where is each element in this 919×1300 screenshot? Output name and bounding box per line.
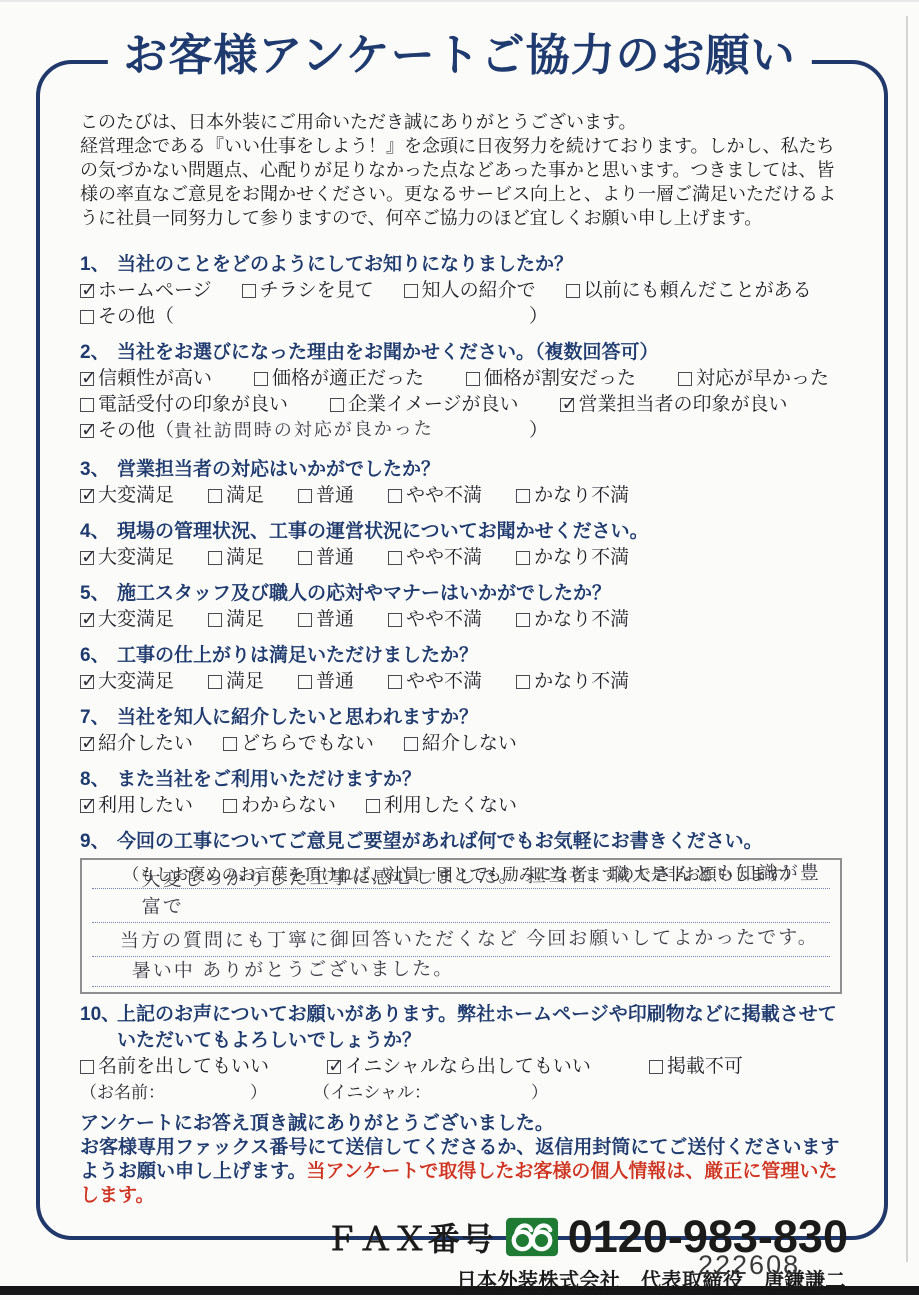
write-in-blank: 貴社訪問時の対応が良かった bbox=[174, 418, 529, 445]
paren-open: （ bbox=[155, 304, 174, 330]
checkbox-icon bbox=[366, 799, 380, 813]
checkbox-option: ホームページ bbox=[80, 278, 212, 304]
option-label: 大変満足 bbox=[98, 483, 174, 509]
checkbox-icon bbox=[516, 675, 530, 689]
intro-body: 経営理念である『いい仕事をしよう！』を念頭に日夜努力を続けております。しかし、私… bbox=[80, 136, 836, 228]
checkbox-icon bbox=[298, 675, 312, 689]
checkbox-option: かなり不満 bbox=[516, 545, 629, 571]
question-10: 10、上記のお声についてお願いがあります。弊社ホームページや印刷物などに掲載させ… bbox=[80, 1002, 850, 1106]
checkbox-icon bbox=[404, 737, 418, 751]
handwritten-text: 大変しっかりした工事に感心しました。 担当者、職人さんとも知識が豊富で bbox=[141, 858, 830, 922]
checkbox-icon bbox=[208, 551, 222, 565]
checkbox-icon bbox=[223, 737, 237, 751]
question-9: 9、今回の工事についてご意見ご要望があれば何でもお気軽にお書きください。 （もし… bbox=[80, 829, 850, 994]
question-heading: 6、工事の仕上がりは満足いただけましたか？ bbox=[80, 643, 850, 669]
option-label: 大変満足 bbox=[98, 607, 174, 633]
checkbox-option: 普通 bbox=[298, 545, 354, 571]
checkbox-icon bbox=[80, 310, 94, 324]
options-row: 大変満足 満足 普通 やや不満 かなり不満 bbox=[80, 483, 850, 509]
question-1: 1、当社のことをどのようにしてお知りになりましたか？ ホームページ チラシを見て… bbox=[80, 252, 850, 330]
option-label: チラシを見て bbox=[260, 278, 374, 304]
option-label: やや不満 bbox=[406, 607, 482, 633]
question-heading: 2、当社をお選びになった理由をお聞かせください。（複数回答可） bbox=[80, 340, 850, 366]
checkbox-option: 利用したくない bbox=[366, 793, 517, 819]
paren-close: ） bbox=[529, 304, 548, 330]
option-label: 紹介しない bbox=[422, 731, 517, 757]
checkbox-option: 大変満足 bbox=[80, 483, 174, 509]
checkbox-option: 利用したい bbox=[80, 793, 193, 819]
name-label: （お名前： bbox=[80, 1080, 165, 1106]
question-number: 5、 bbox=[80, 581, 117, 607]
options-row: 信頼性が高い 価格が適正だった 価格が割安だった 対応が早かった bbox=[80, 366, 850, 392]
checkbox-option: やや不満 bbox=[388, 669, 482, 695]
option-label: かなり不満 bbox=[534, 483, 629, 509]
checkbox-icon bbox=[388, 675, 402, 689]
option-label: 以前にも頼んだことがある bbox=[584, 278, 812, 304]
option-label: どちらでもない bbox=[241, 731, 374, 757]
checkbox-icon bbox=[208, 675, 222, 689]
send-instructions: お客様専用ファックス番号にて送信してくださるか、返信用封筒にてご送付くださいます… bbox=[80, 1136, 850, 1208]
question-text: 現場の管理状況、工事の運営状況についてお聞かせください。 bbox=[117, 519, 850, 545]
checkbox-icon bbox=[388, 613, 402, 627]
option-label: 対応が早かった bbox=[696, 366, 829, 392]
option-label: 満足 bbox=[226, 545, 264, 571]
option-label: 価格が適正だった bbox=[272, 366, 424, 392]
question-7: 7、当社を知人に紹介したいと思われますか？ 紹介したい どちらでもない 紹介しな… bbox=[80, 705, 850, 757]
checkbox-icon bbox=[404, 284, 418, 298]
scanned-survey-page: お客様アンケートご協力のお願い このたびは、日本外装にご用命いただき誠にありがと… bbox=[0, 0, 919, 1300]
options-row: 大変満足 満足 普通 やや不満 かなり不満 bbox=[80, 607, 850, 633]
checkbox-icon bbox=[388, 489, 402, 503]
option-label: 普通 bbox=[316, 483, 354, 509]
option-label: 紹介したい bbox=[98, 731, 193, 757]
write-in-blank bbox=[165, 1080, 250, 1106]
question-2: 2、当社をお選びになった理由をお聞かせください。（複数回答可） 信頼性が高い 価… bbox=[80, 340, 850, 444]
question-number: 4、 bbox=[80, 519, 117, 545]
question-text: 工事の仕上がりは満足いただけましたか？ bbox=[117, 643, 850, 669]
checkbox-option: 普通 bbox=[298, 483, 354, 509]
question-number: 9、 bbox=[80, 829, 117, 855]
checkbox-icon bbox=[516, 613, 530, 627]
checkbox-icon bbox=[80, 613, 94, 627]
checkbox-option: やや不満 bbox=[388, 607, 482, 633]
question-number: 10、 bbox=[80, 1002, 117, 1054]
option-label: 掲載不可 bbox=[667, 1054, 743, 1080]
checkbox-icon bbox=[330, 398, 344, 412]
checkbox-option: 満足 bbox=[208, 669, 264, 695]
paren-close: ） bbox=[529, 418, 548, 444]
document-number: 222608 bbox=[698, 1250, 800, 1281]
handwritten-text: 貴社訪問時の対応が良かった bbox=[174, 415, 434, 444]
other-row: その他（ ） bbox=[80, 304, 850, 330]
option-label: やや不満 bbox=[406, 669, 482, 695]
checkbox-icon bbox=[678, 372, 692, 386]
checkbox-option: イニシャルなら出してもいい bbox=[327, 1054, 591, 1080]
initial-label: （イニシャル： bbox=[313, 1080, 431, 1106]
option-label: その他 bbox=[98, 304, 155, 330]
question-number: 1、 bbox=[80, 252, 117, 278]
checkbox-icon bbox=[80, 489, 94, 503]
other-row: その他（ 貴社訪問時の対応が良かった ） bbox=[80, 418, 850, 444]
checkbox-icon bbox=[80, 424, 94, 438]
question-text: 当社のことをどのようにしてお知りになりましたか？ bbox=[117, 252, 850, 278]
checkbox-icon bbox=[560, 398, 574, 412]
option-label: 名前を出してもいい bbox=[98, 1054, 269, 1080]
checkbox-option: 満足 bbox=[208, 607, 264, 633]
checkbox-icon bbox=[566, 284, 580, 298]
checkbox-option: やや不満 bbox=[388, 483, 482, 509]
checkbox-option: 知人の紹介で bbox=[404, 278, 536, 304]
question-heading: 1、当社のことをどのようにしてお知りになりましたか？ bbox=[80, 252, 850, 278]
option-label: 普通 bbox=[316, 669, 354, 695]
option-label: 利用したい bbox=[98, 793, 193, 819]
options-row: 紹介したい どちらでもない 紹介しない bbox=[80, 731, 850, 757]
checkbox-option: 掲載不可 bbox=[649, 1054, 743, 1080]
question-number: 6、 bbox=[80, 643, 117, 669]
option-label: 普通 bbox=[316, 607, 354, 633]
checkbox-option-other: その他（ bbox=[80, 418, 174, 444]
write-in-blank bbox=[431, 1080, 531, 1106]
question-3: 3、営業担当者の対応はいかがでしたか？ 大変満足 満足 普通 やや不満 かなり不… bbox=[80, 457, 850, 509]
checkbox-icon bbox=[516, 489, 530, 503]
checkbox-icon bbox=[80, 799, 94, 813]
comment-box: （もしお褒めのお言葉を頂ければ、社員一同とても励みになりますので是非お願いします… bbox=[80, 858, 842, 994]
option-label: 価格が割安だった bbox=[484, 366, 636, 392]
checkbox-option: 価格が割安だった bbox=[466, 366, 636, 392]
question-5: 5、施工スタッフ及び職人の応対やマナーはいかがでしたか？ 大変満足 満足 普通 … bbox=[80, 581, 850, 633]
comment-line: 暑い中 ありがとうございました。 bbox=[92, 957, 830, 987]
checkbox-icon bbox=[298, 551, 312, 565]
checkbox-option: 満足 bbox=[208, 483, 264, 509]
checkbox-icon bbox=[80, 1060, 94, 1074]
checkbox-option: チラシを見て bbox=[242, 278, 374, 304]
option-label: 知人の紹介で bbox=[422, 278, 536, 304]
paren-open: （ bbox=[155, 418, 174, 444]
checkbox-option: 大変満足 bbox=[80, 669, 174, 695]
checkbox-icon bbox=[298, 489, 312, 503]
checkbox-option: わからない bbox=[223, 793, 336, 819]
question-number: 3、 bbox=[80, 457, 117, 483]
question-8: 8、また当社をご利用いただけますか？ 利用したい わからない 利用したくない bbox=[80, 767, 850, 819]
handwritten-text: 当方の質問にも丁寧に御回答いただくなど 今回お願いしてよかったです。 bbox=[120, 922, 819, 956]
checkbox-icon bbox=[649, 1060, 663, 1074]
checkbox-option: 以前にも頼んだことがある bbox=[566, 278, 812, 304]
checkbox-icon bbox=[80, 398, 94, 412]
checkbox-icon bbox=[80, 551, 94, 565]
checkbox-icon bbox=[466, 372, 480, 386]
checkbox-icon bbox=[80, 372, 94, 386]
checkbox-option: どちらでもない bbox=[223, 731, 374, 757]
option-label: かなり不満 bbox=[534, 545, 629, 571]
option-label: 信頼性が高い bbox=[98, 366, 212, 392]
question-heading: 8、また当社をご利用いただけますか？ bbox=[80, 767, 850, 793]
intro-line1: このたびは、日本外装にご用命いただき誠にありがとうございます。 bbox=[80, 112, 637, 132]
option-label: 利用したくない bbox=[384, 793, 517, 819]
options-row: ホームページ チラシを見て 知人の紹介で 以前にも頼んだことがある bbox=[80, 278, 850, 304]
checkbox-option-other: その他（ bbox=[80, 304, 174, 330]
page-title: お客様アンケートご協力のお願い bbox=[107, 26, 811, 86]
option-label: 大変満足 bbox=[98, 669, 174, 695]
question-text: 施工スタッフ及び職人の応対やマナーはいかがでしたか？ bbox=[117, 581, 850, 607]
checkbox-option: 企業イメージが良い bbox=[330, 392, 518, 418]
write-in-blank bbox=[174, 304, 529, 330]
paren-close: ） bbox=[531, 1080, 548, 1106]
checkbox-option: 信頼性が高い bbox=[80, 366, 212, 392]
question-text: また当社をご利用いただけますか？ bbox=[117, 767, 850, 793]
options-row: 電話受付の印象が良い 企業イメージが良い 営業担当者の印象が良い bbox=[80, 392, 850, 418]
question-number: 8、 bbox=[80, 767, 117, 793]
option-label: 電話受付の印象が良い bbox=[98, 392, 288, 418]
checkbox-option: 価格が適正だった bbox=[254, 366, 424, 392]
question-heading: 10、上記のお声についてお願いがあります。弊社ホームページや印刷物などに掲載させ… bbox=[80, 1002, 850, 1054]
checkbox-option: やや不満 bbox=[388, 545, 482, 571]
checkbox-icon bbox=[208, 613, 222, 627]
name-initial-row: （お名前：） （イニシャル：） bbox=[80, 1080, 850, 1106]
option-label: その他 bbox=[98, 418, 155, 444]
checkbox-option: かなり不満 bbox=[516, 607, 629, 633]
checkbox-option: 電話受付の印象が良い bbox=[80, 392, 288, 418]
question-heading: 4、現場の管理状況、工事の運営状況についてお聞かせください。 bbox=[80, 519, 850, 545]
question-4: 4、現場の管理状況、工事の運営状況についてお聞かせください。 大変満足 満足 普… bbox=[80, 519, 850, 571]
checkbox-option: 名前を出してもいい bbox=[80, 1054, 269, 1080]
thanks-line: アンケートにお答え頂き誠にありがとうございました。 bbox=[80, 1112, 850, 1136]
option-label: 普通 bbox=[316, 545, 354, 571]
option-label: やや不満 bbox=[406, 545, 482, 571]
checkbox-icon bbox=[388, 551, 402, 565]
checkbox-option: 大変満足 bbox=[80, 607, 174, 633]
checkbox-icon bbox=[516, 551, 530, 565]
question-heading: 9、今回の工事についてご意見ご要望があれば何でもお気軽にお書きください。 bbox=[80, 829, 850, 855]
comment-line: 当方の質問にも丁寧に御回答いただくなど 今回お願いしてよかったです。 bbox=[92, 923, 830, 957]
option-label: 営業担当者の印象が良い bbox=[578, 392, 787, 418]
question-number: 7、 bbox=[80, 705, 117, 731]
checkbox-icon bbox=[80, 737, 94, 751]
option-label: かなり不満 bbox=[534, 669, 629, 695]
question-text: 上記のお声についてお願いがあります。弊社ホームページや印刷物などに掲載させていた… bbox=[117, 1002, 850, 1054]
question-text: 当社を知人に紹介したいと思われますか？ bbox=[117, 705, 850, 731]
option-label: イニシャルなら出してもいい bbox=[345, 1054, 591, 1080]
intro-paragraph: このたびは、日本外装にご用命いただき誠にありがとうございます。経営理念である『い… bbox=[80, 110, 850, 230]
option-label: 満足 bbox=[226, 669, 264, 695]
checkbox-option: 普通 bbox=[298, 607, 354, 633]
form-border-box: このたびは、日本外装にご用命いただき誠にありがとうございます。経営理念である『い… bbox=[36, 60, 888, 1240]
question-heading: 3、営業担当者の対応はいかがでしたか？ bbox=[80, 457, 850, 483]
option-label: 満足 bbox=[226, 483, 264, 509]
checkbox-icon bbox=[223, 799, 237, 813]
scan-edge-right bbox=[906, 16, 908, 1262]
question-text: 当社をお選びになった理由をお聞かせください。（複数回答可） bbox=[117, 340, 850, 366]
checkbox-option: 紹介しない bbox=[404, 731, 517, 757]
fax-label: ＦＡＸ番号 bbox=[326, 1214, 496, 1260]
scan-edge-top bbox=[0, 0, 919, 2]
option-label: ホームページ bbox=[98, 278, 212, 304]
option-label: 大変満足 bbox=[98, 545, 174, 571]
checkbox-icon bbox=[327, 1060, 341, 1074]
handwritten-text: 暑い中 ありがとうございました。 bbox=[132, 954, 454, 986]
checkbox-icon bbox=[298, 613, 312, 627]
freedial-icon bbox=[506, 1216, 558, 1258]
checkbox-option: 満足 bbox=[208, 545, 264, 571]
checkbox-icon bbox=[80, 675, 94, 689]
option-label: 企業イメージが良い bbox=[348, 392, 518, 418]
paren-close: ） bbox=[250, 1080, 267, 1106]
checkbox-icon bbox=[254, 372, 268, 386]
question-heading: 5、施工スタッフ及び職人の応対やマナーはいかがでしたか？ bbox=[80, 581, 850, 607]
comment-line: 大変しっかりした工事に感心しました。 担当者、職人さんとも知識が豊富で bbox=[92, 889, 830, 923]
options-row: 大変満足 満足 普通 やや不満 かなり不満 bbox=[80, 545, 850, 571]
question-heading: 7、当社を知人に紹介したいと思われますか？ bbox=[80, 705, 850, 731]
checkbox-option: 対応が早かった bbox=[678, 366, 829, 392]
question-text: 営業担当者の対応はいかがでしたか？ bbox=[117, 457, 850, 483]
checkbox-option: かなり不満 bbox=[516, 669, 629, 695]
checkbox-option: 普通 bbox=[298, 669, 354, 695]
option-label: やや不満 bbox=[406, 483, 482, 509]
question-6: 6、工事の仕上がりは満足いただけましたか？ 大変満足 満足 普通 やや不満 かな… bbox=[80, 643, 850, 695]
option-label: 満足 bbox=[226, 607, 264, 633]
checkbox-icon bbox=[242, 284, 256, 298]
checkbox-icon bbox=[208, 489, 222, 503]
checkbox-option: 大変満足 bbox=[80, 545, 174, 571]
checkbox-option: 営業担当者の印象が良い bbox=[560, 392, 787, 418]
options-row: 利用したい わからない 利用したくない bbox=[80, 793, 850, 819]
checkbox-option: 紹介したい bbox=[80, 731, 193, 757]
question-text: 今回の工事についてご意見ご要望があれば何でもお気軽にお書きください。 bbox=[117, 829, 850, 855]
checkbox-option: かなり不満 bbox=[516, 483, 629, 509]
options-row: 大変満足 満足 普通 やや不満 かなり不満 bbox=[80, 669, 850, 695]
options-row: 名前を出してもいい イニシャルなら出してもいい 掲載不可 bbox=[80, 1054, 850, 1080]
option-label: かなり不満 bbox=[534, 607, 629, 633]
checkbox-icon bbox=[80, 284, 94, 298]
option-label: わからない bbox=[241, 793, 336, 819]
question-number: 2、 bbox=[80, 340, 117, 366]
